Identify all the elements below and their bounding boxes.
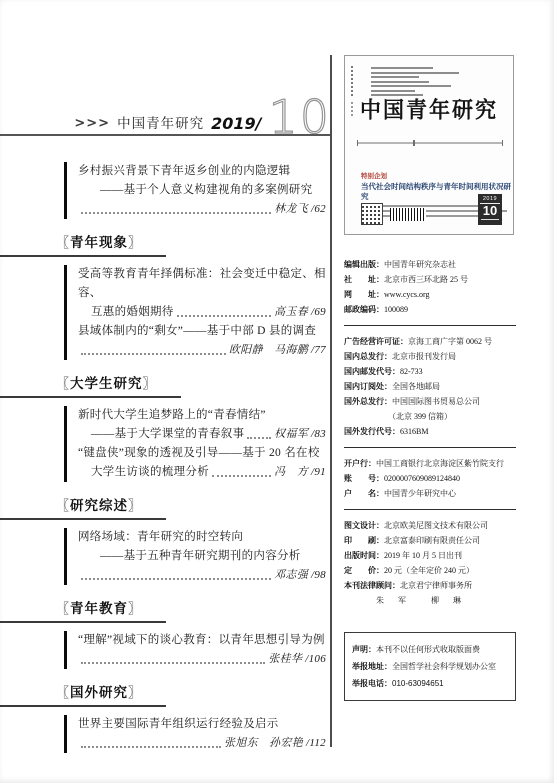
info-value: 北京欧美尼图文技术有限公司 (384, 518, 488, 533)
leader-line: 张桂华 /106 (78, 650, 326, 669)
article-page: /106 (305, 650, 326, 669)
toc-article-group: 网络场域：青年研究的时空转向 ——基于五种青年研究期刊的内容分析 邓志强 /98 (64, 528, 326, 585)
info-label: 编辑出版： (344, 257, 384, 272)
toc-article-group: 新时代大学生追梦路上的“青春情结” ——基于大学课堂的青春叙事 权福军 /83 … (64, 406, 326, 482)
leader-line: 林龙飞 /62 (78, 200, 326, 219)
info-divider (344, 447, 516, 448)
info-value: 100089 (384, 302, 408, 317)
section-header-daxuesheng: 〖大学生研究〗 (0, 374, 181, 398)
article-subtitle: ——基于个人意义构建视角的多案例研究 (78, 181, 326, 200)
article-authors: 张旭东 孙宏艳 (224, 734, 303, 753)
chevrons-icon: >>> (74, 116, 110, 132)
info-group-publisher: 编辑出版：中国青年研究杂志社 社 址：北京市西三环北路 25 号 网 址：www… (344, 257, 516, 317)
bracket-open: 〖 (56, 376, 70, 391)
info-label: 出版时间： (344, 548, 384, 563)
qr-code (361, 203, 383, 225)
info-label: 印 刷： (344, 533, 384, 548)
barcode (390, 208, 426, 221)
leader-line: 欧阳静 马海鹏 /77 (78, 341, 326, 360)
issue-year: 2019/ (211, 116, 261, 132)
article-authors: 张桂华 (268, 650, 302, 669)
notice-value: 全国哲学社会科学规划办公室 (392, 658, 496, 675)
info-label: 网 址： (344, 287, 384, 302)
info-label: 国外发行代号： (344, 424, 400, 439)
article-authors: 邓志强 (274, 566, 308, 585)
article-authors: 林龙飞 (274, 200, 308, 219)
info-value: 20 元（全年定价 240 元） (384, 563, 474, 578)
section-header-guowaiyanjiu: 〖国外研究〗 (0, 683, 166, 707)
legal-advisors-names: 朱 军 柳 琳 (376, 593, 464, 608)
article-title: “理解”视域下的谈心教育：以青年思想引导为例 (78, 631, 326, 650)
badge-subline (481, 219, 499, 222)
info-value: （北京 399 信箱） (388, 409, 452, 424)
article-subtitle: ——基于五种青年研究期刊的内容分析 (78, 547, 326, 566)
bracket-open: 〖 (56, 235, 70, 250)
article-authors: 欧阳静 马海鹏 (229, 341, 308, 360)
info-label: 国内邮发代号： (344, 364, 400, 379)
notice-value: 本刊不以任何形式收取版面费 (376, 641, 480, 658)
info-label: 国内总发行： (344, 349, 392, 364)
info-value: 2019 年 10 月 5 日出刊 (384, 548, 462, 563)
article-title-continued: 大学生访谈的梳理分析 (78, 463, 209, 482)
info-divider (344, 509, 516, 510)
info-value: 中国青年研究杂志社 (384, 257, 456, 272)
section-header-yanjiuzongshu: 〖研究综述〗 (0, 496, 166, 520)
info-value: 6316BM (400, 424, 428, 439)
notice-label: 举报地址： (352, 658, 392, 675)
leader-line: 互惠的婚姻期待 高玉春 /69 (78, 303, 326, 322)
article-page: /62 (311, 200, 326, 219)
section-title: 大学生研究 (70, 376, 143, 391)
issue-badge: 2019 10 (478, 194, 502, 225)
bracket-close: 〗 (128, 235, 142, 250)
toc-article-group: 世界主要国际青年组织运行经验及启示 张旭东 孙宏艳 /112 (64, 715, 326, 753)
article-title-continued: 互惠的婚姻期待 (78, 303, 174, 322)
notice-label: 举报电话： (352, 675, 392, 692)
article-title: 世界主要国际青年组织运行经验及启示 (78, 715, 326, 734)
info-label: 社 址： (344, 272, 384, 287)
info-label: 定 价： (344, 563, 384, 578)
info-value: 中国工商银行北京海淀区紫竹院支行 (376, 456, 504, 471)
article-title: 新时代大学生追梦路上的“青春情结” (78, 406, 326, 425)
dotted-leader (81, 212, 271, 214)
table-of-contents: 乡村振兴背景下青年返乡创业的内隐逻辑 ——基于个人意义构建视角的多案例研究 林龙… (0, 138, 330, 753)
leader-line: ——基于大学课堂的青春叙事 权福军 /83 (78, 425, 326, 444)
journal-cover: 中国青年研究 特别企划 当代社会时间结构秩序与青年时间利用状况研究 2019 1… (344, 55, 514, 235)
section-header-qingnianxianxiang: 〖青年现象〗 (0, 233, 166, 257)
notice-label: 声明： (352, 641, 376, 658)
cover-index-bands (357, 140, 503, 146)
article-page: /98 (311, 566, 326, 585)
leader-line: 大学生访谈的梳理分析 冯 方 /91 (78, 463, 326, 482)
info-value: 82-733 (400, 364, 423, 379)
info-group-distribution: 广告经营许可证：京海工商广字第 0062 号 国内总发行：北京市报刊发行局 国内… (344, 334, 516, 439)
toc-article-group: 乡村振兴背景下青年返乡创业的内隐逻辑 ——基于个人意义构建视角的多案例研究 林龙… (64, 162, 326, 219)
toc-article-group: “理解”视域下的谈心教育：以青年思想引导为例 张桂华 /106 (64, 631, 326, 669)
info-value: www.cycs.org (384, 287, 430, 302)
issue-number-large: 10 (268, 100, 331, 134)
info-value: 京海工商广字第 0062 号 (408, 334, 492, 349)
bracket-open: 〖 (56, 685, 70, 700)
bracket-open: 〖 (56, 601, 70, 616)
dotted-leader (81, 578, 271, 580)
dotted-leader (81, 662, 265, 664)
info-label: 国内订阅处： (344, 379, 392, 394)
bracket-close: 〗 (128, 601, 142, 616)
section-title: 国外研究 (70, 685, 128, 700)
notice-value: 010-63094651 (392, 675, 444, 692)
section-title: 青年教育 (70, 601, 128, 616)
dotted-leader (81, 746, 221, 748)
info-divider (344, 325, 516, 326)
section-title: 研究综述 (70, 498, 128, 513)
badge-issue-number: 10 (478, 204, 502, 218)
toc-article-group: 受高等教育青年择偶标准：社会变迁中稳定、相容、 互惠的婚姻期待 高玉春 /69 … (64, 265, 326, 360)
article-title: “键盘侠”现象的透视及引导——基于 20 名在校 (78, 444, 326, 463)
article-page: /91 (311, 463, 326, 482)
article-title: 受高等教育青年择偶标准：社会变迁中稳定、相容、 (78, 265, 326, 303)
article-page: /69 (311, 303, 326, 322)
article-page: /77 (311, 341, 326, 360)
info-label: 图文设计： (344, 518, 384, 533)
info-label: 邮政编码： (344, 302, 384, 317)
info-value: 0200007609089124840 (384, 471, 460, 486)
article-page: /83 (311, 425, 326, 444)
info-value: 北京富泰印刷有限责任公司 (384, 533, 480, 548)
article-authors: 权福军 (274, 425, 308, 444)
special-topic-label: 特别企划 (361, 173, 513, 181)
info-label: 广告经营许可证： (344, 334, 408, 349)
notice-box: 声明：本刊不以任何形式收取版面费 举报地址：全国哲学社会科学规划办公室 举报电话… (344, 632, 516, 701)
article-title: 县域体制内的“剩女”——基于中部 D 县的调查 (78, 322, 326, 341)
info-label: 户 名： (344, 486, 384, 501)
leader-line: 张旭东 孙宏艳 /112 (78, 734, 326, 753)
section-header-qingnianjiaoyu: 〖青年教育〗 (0, 599, 166, 623)
dotted-leader (247, 437, 271, 439)
bracket-close: 〗 (128, 498, 142, 513)
page-header: >>> 中国青年研究 2019/ 10 (0, 94, 331, 136)
publication-info-column: 中国青年研究 特别企划 当代社会时间结构秩序与青年时间利用状况研究 2019 1… (344, 55, 516, 701)
article-authors: 冯 方 (274, 463, 308, 482)
bracket-close: 〗 (143, 376, 157, 391)
cover-title: 中国青年研究 (345, 102, 513, 118)
info-value: 北京君宁律师事务所 (400, 578, 472, 593)
journal-name: 中国青年研究 (117, 116, 204, 132)
info-value: 中国国际图书贸易总公司 (392, 394, 480, 409)
info-value: 全国各地邮局 (392, 379, 440, 394)
info-label: 国外总发行： (344, 394, 392, 409)
info-value: 中国青少年研究中心 (384, 486, 456, 501)
info-label: 账 号： (344, 471, 384, 486)
info-label: 开户行： (344, 456, 376, 471)
article-authors: 高玉春 (274, 303, 308, 322)
section-title: 青年现象 (70, 235, 128, 250)
cover-article-list-lines (371, 67, 459, 99)
dotted-leader (81, 353, 226, 355)
info-group-printing: 图文设计：北京欧美尼图文技术有限公司 印 刷：北京富泰印刷有限责任公司 出版时间… (344, 518, 516, 608)
article-title-continued: ——基于大学课堂的青春叙事 (78, 425, 244, 444)
leader-line: 邓志强 /98 (78, 566, 326, 585)
article-title: 乡村振兴背景下青年返乡创业的内隐逻辑 (78, 162, 326, 181)
column-divider (330, 55, 332, 747)
dotted-leader (212, 475, 271, 477)
info-group-bank: 开户行：中国工商银行北京海淀区紫竹院支行 账 号：020000760908912… (344, 456, 516, 501)
info-value: 北京市西三环北路 25 号 (384, 272, 468, 287)
cover-spine-text (351, 66, 353, 96)
journal-toc-page: >>> 中国青年研究 2019/ 10 乡村振兴背景下青年返乡创业的内隐逻辑 —… (0, 0, 554, 783)
bracket-close: 〗 (128, 685, 142, 700)
info-label: 本刊法律顾问： (344, 578, 400, 593)
article-page: /112 (306, 734, 326, 753)
bracket-open: 〖 (56, 498, 70, 513)
info-value: 北京市报刊发行局 (392, 349, 456, 364)
article-title: 网络场域：青年研究的时空转向 (78, 528, 326, 547)
dotted-leader (177, 315, 272, 317)
